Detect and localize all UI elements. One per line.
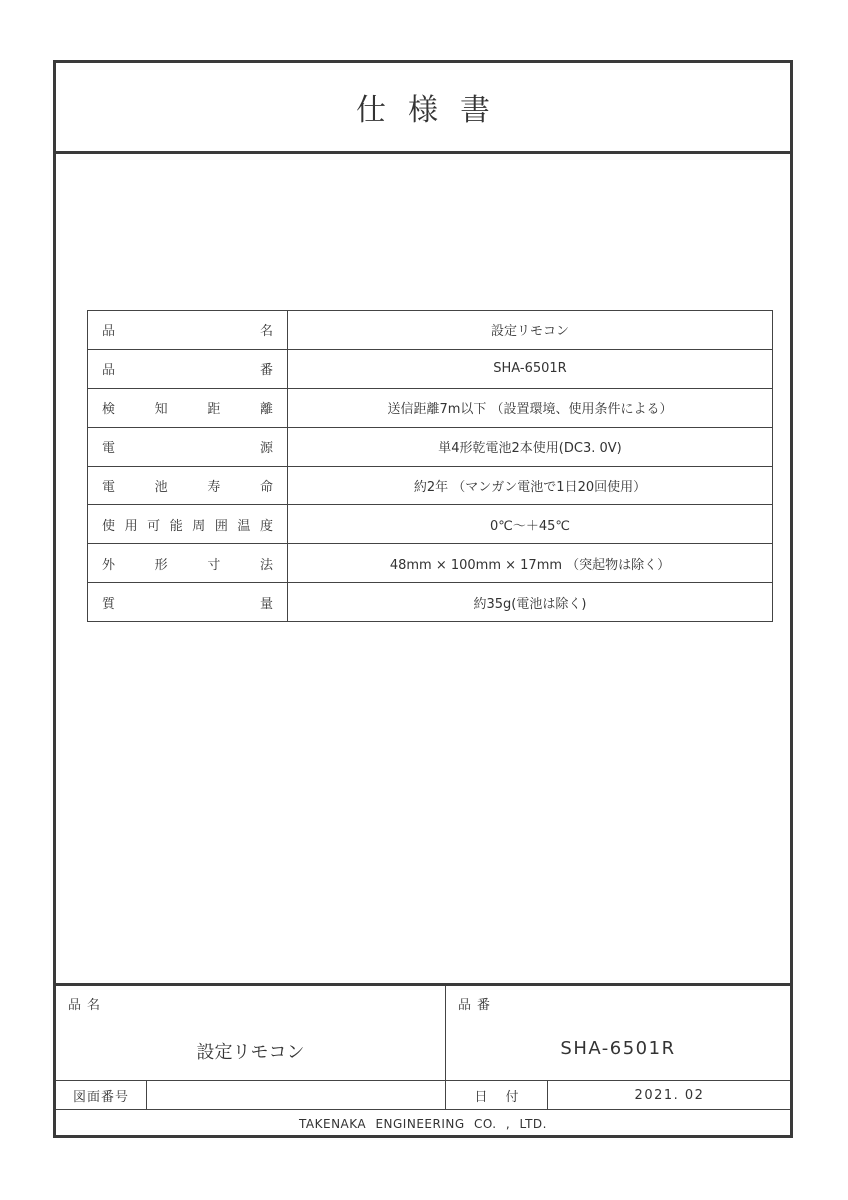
spec-label-char: 量 bbox=[260, 593, 273, 612]
product-number-caption: 品番 bbox=[458, 994, 496, 1013]
document-title: 仕様書 bbox=[334, 85, 512, 129]
spec-row: 外形寸法48mm × 100mm × 17mm （突起物は除く） bbox=[88, 544, 773, 583]
spec-label: 品番 bbox=[88, 349, 288, 388]
spec-label-char: 法 bbox=[260, 554, 273, 573]
spec-label-char: 寸 bbox=[207, 554, 220, 573]
spec-value: 約2年 （マンガン電池で1日20回使用） bbox=[288, 466, 773, 505]
spec-value: 設定リモコン bbox=[288, 311, 773, 350]
spec-label-char: 質 bbox=[102, 593, 115, 612]
drawing-number-value bbox=[147, 1081, 446, 1109]
spec-label-char: 知 bbox=[155, 398, 168, 417]
spec-label-char: 名 bbox=[260, 320, 273, 339]
spec-label-char: 離 bbox=[260, 398, 273, 417]
spec-value: 送信距離7m以下 （設置環境、使用条件による） bbox=[288, 388, 773, 427]
spec-label: 品名 bbox=[88, 311, 288, 350]
spec-label-char: 検 bbox=[102, 398, 115, 417]
spec-label: 電源 bbox=[88, 427, 288, 466]
spec-value: 0℃～＋45℃ bbox=[288, 505, 773, 544]
spec-table: 品名設定リモコン品番SHA-6501R検知距離送信距離7m以下 （設置環境、使用… bbox=[87, 310, 773, 622]
product-name-cell: 品名 設定リモコン bbox=[56, 986, 446, 1081]
spec-value: 約35g(電池は除く) bbox=[288, 583, 773, 622]
spec-label: 外形寸法 bbox=[88, 544, 288, 583]
spec-value: 48mm × 100mm × 17mm （突起物は除く） bbox=[288, 544, 773, 583]
spec-label-char: 形 bbox=[155, 554, 168, 573]
spec-label: 電池寿命 bbox=[88, 466, 288, 505]
spec-label-char: 温 bbox=[237, 515, 250, 534]
spec-label-char: 品 bbox=[102, 320, 115, 339]
spec-label-char: 品 bbox=[102, 359, 115, 378]
spec-row: 質量約35g(電池は除く) bbox=[88, 583, 773, 622]
company-name: TAKENAKA ENGINEERING CO. , LTD. bbox=[56, 1110, 790, 1138]
spec-label-char: 電 bbox=[102, 476, 115, 495]
drawing-number-label: 図面番号 bbox=[56, 1081, 147, 1109]
spec-label-char: 番 bbox=[260, 359, 273, 378]
spec-label-char: 周 bbox=[192, 515, 205, 534]
product-name-caption: 品名 bbox=[68, 994, 106, 1013]
date-value: 2021. 02 bbox=[549, 1081, 790, 1109]
spec-label: 使用可能周囲温度 bbox=[88, 505, 288, 544]
spec-label: 検知距離 bbox=[88, 388, 288, 427]
spec-label-char: 能 bbox=[170, 515, 183, 534]
spec-label-char: 使 bbox=[102, 515, 115, 534]
spec-label-char: 度 bbox=[260, 515, 273, 534]
spec-label-char: 命 bbox=[260, 476, 273, 495]
drawing-row: 図面番号 日付 2021. 02 bbox=[56, 1081, 790, 1110]
spec-row: 検知距離送信距離7m以下 （設置環境、使用条件による） bbox=[88, 388, 773, 427]
product-name: 設定リモコン bbox=[56, 1038, 445, 1064]
product-number: SHA-6501R bbox=[446, 1038, 790, 1059]
spec-label-char: 距 bbox=[207, 398, 220, 417]
spec-label: 質量 bbox=[88, 583, 288, 622]
spec-label-char: 可 bbox=[147, 515, 160, 534]
spec-label-char: 源 bbox=[260, 437, 273, 456]
spec-label-char: 寿 bbox=[207, 476, 220, 495]
title-block: 品名 設定リモコン 品番 SHA-6501R 図面番号 日付 2021. 02 … bbox=[56, 983, 790, 1138]
document-frame: 仕様書 品名設定リモコン品番SHA-6501R検知距離送信距離7m以下 （設置環… bbox=[53, 60, 793, 1138]
spec-row: 品番SHA-6501R bbox=[88, 349, 773, 388]
spec-label-char: 池 bbox=[155, 476, 168, 495]
spec-label-char: 外 bbox=[102, 554, 115, 573]
spec-value: 単4形乾電池2本使用(DC3. 0V) bbox=[288, 427, 773, 466]
spec-value: SHA-6501R bbox=[288, 349, 773, 388]
spec-label-char: 囲 bbox=[215, 515, 228, 534]
spec-row: 電源単4形乾電池2本使用(DC3. 0V) bbox=[88, 427, 773, 466]
spec-row: 使用可能周囲温度0℃～＋45℃ bbox=[88, 505, 773, 544]
product-number-cell: 品番 SHA-6501R bbox=[446, 986, 790, 1081]
date-label: 日付 bbox=[446, 1081, 548, 1109]
title-band: 仕様書 bbox=[56, 63, 790, 154]
spec-label-char: 電 bbox=[102, 437, 115, 456]
spec-label-char: 用 bbox=[125, 515, 138, 534]
spec-row: 電池寿命約2年 （マンガン電池で1日20回使用） bbox=[88, 466, 773, 505]
spec-row: 品名設定リモコン bbox=[88, 311, 773, 350]
